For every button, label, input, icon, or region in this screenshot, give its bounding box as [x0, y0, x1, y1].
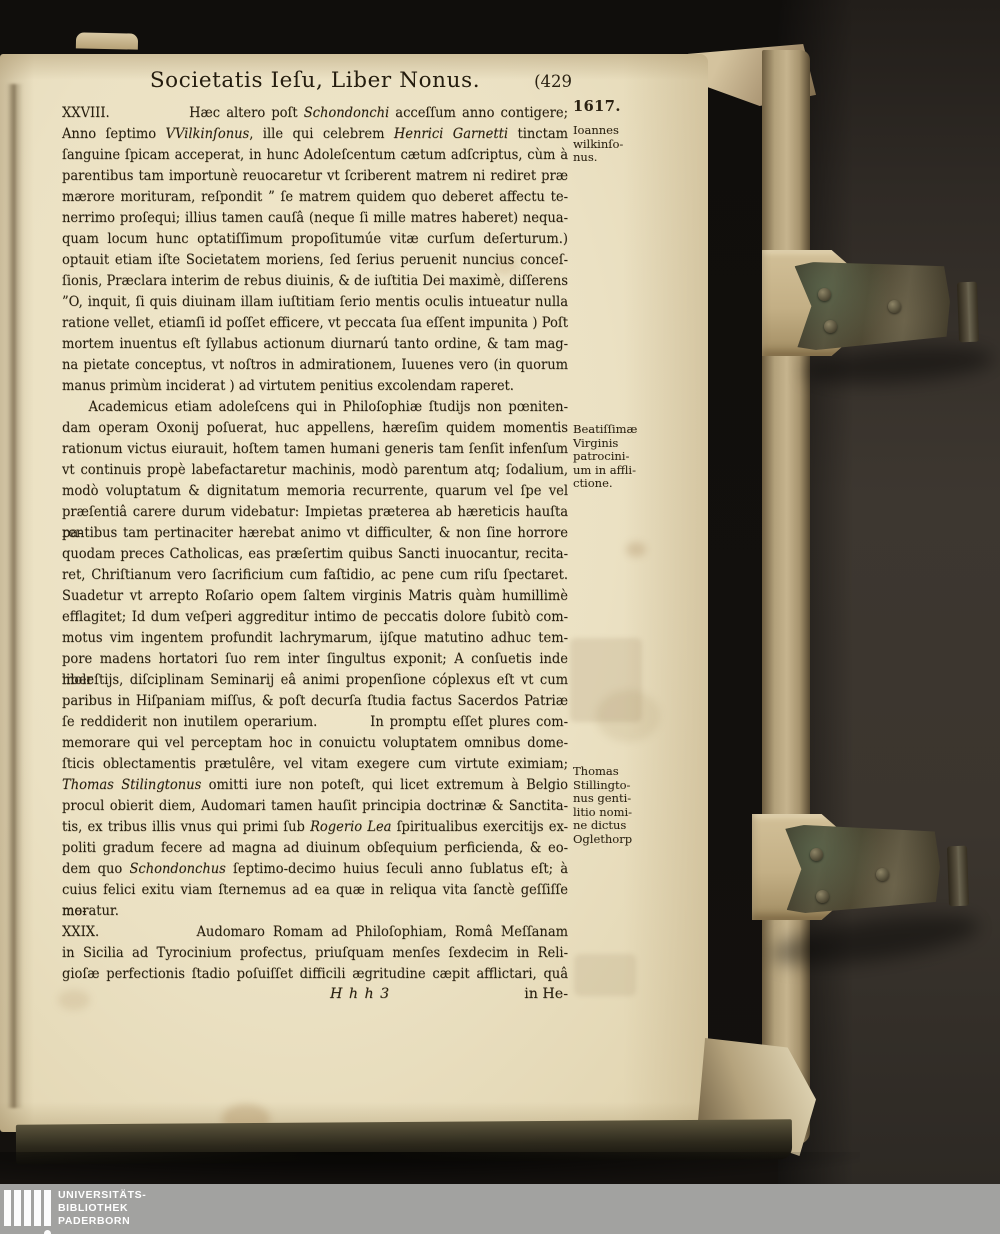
text-line: nerrimo proſequi; illius tamen cauſâ (ne… [62, 208, 568, 229]
clasp-metal-plate [785, 823, 941, 914]
book-headband [76, 32, 138, 49]
signature-row: H h h 3 in He- [62, 986, 568, 1007]
text-line: cuius felici exitu viam ſternemus ad ea … [62, 880, 568, 901]
foxing-spot [626, 542, 646, 557]
text-line: rationum victus eiurauit, hoſtem tamen h… [62, 439, 568, 460]
text-line: dam operam Oxonij poſuerat, huc appellen… [62, 418, 568, 439]
catchword: in He- [524, 986, 568, 1002]
margin-note-thomas-stillington: Thomas Stillingto- nus genti- litio nomi… [573, 765, 653, 847]
text-line: ratione vellet, etiamſi id poſſet effice… [62, 313, 568, 334]
text-line: moratur. [62, 901, 568, 922]
text-line: Thomas Stilingtonus omitti iure non pote… [62, 775, 568, 796]
clasp-catch [957, 282, 979, 343]
gutter-shadow [7, 84, 23, 1108]
clasp-metal-plate [795, 257, 952, 350]
text-line: ſe reddiderit non inutilem operarium. In… [62, 712, 568, 733]
text-line: quodam preces Catholicas, eas præſertim … [62, 544, 568, 565]
library-name: UNIVERSITÄTS- BIBLIOTHEK PADERBORN [58, 1189, 146, 1228]
text-line: XXIX. Audomaro Romam ad Philoſophiam, Ro… [62, 922, 568, 943]
photo-background [778, 0, 1000, 1184]
text-line: vt continuis propè labefactaretur machin… [62, 460, 568, 481]
text-line: ”O, inquit, ſi quis diuinam illam iuſtit… [62, 292, 568, 313]
clasp-bottom [750, 810, 986, 960]
text-line: tis, ex tribus illis vnus qui primi ſub … [62, 817, 568, 838]
text-line: ſticis oblectamentis prætulêre, vel vita… [62, 754, 568, 775]
main-text-block: XXVIII. Hæc altero poſt Schondonchi acce… [62, 103, 568, 985]
clasp-catch [947, 846, 969, 907]
text-line: dem quo Schondonchus ſeptimo-decimo huiu… [62, 859, 568, 880]
ink-bleed-through [570, 638, 642, 722]
margin-note-year: 1617. [573, 100, 653, 114]
signature-mark: H h h 3 [330, 986, 390, 1002]
rivet [816, 890, 829, 903]
library-footer-band: UNIVERSITÄTS- BIBLIOTHEK PADERBORN [0, 1184, 1000, 1234]
text-line: efflagitet; Id dum veſperi aggreditur in… [62, 607, 568, 628]
margin-note-virgin-patronage: Beatiſſimæ Virginis patrocini- um in aff… [573, 423, 653, 491]
cover-edge [762, 50, 810, 1144]
text-line: in Sicilia ad Tyrocinium profectus, priu… [62, 943, 568, 964]
text-line: mortem inuentus eſt ſyllabus actionum di… [62, 334, 568, 355]
text-line: Academicus etiam adoleſcens qui in Philo… [62, 397, 568, 418]
text-line: quam locum hunc optatiſſimum propoſitumú… [62, 229, 568, 250]
text-line: ſionis, Præclara interim de rebus diuini… [62, 271, 568, 292]
text-line: optauit etiam iſte Societatem moriens, ſ… [62, 250, 568, 271]
text-line: ſanguine ſpicam acceperat, in hunc Adole… [62, 145, 568, 166]
text-line: moleſtijs, diſciplinam Seminarij eâ anim… [62, 670, 568, 691]
ink-bleed-through [574, 954, 636, 996]
book-shadow [0, 1152, 860, 1186]
text-line: Anno ſeptimo VVilkinſonus, ille qui cele… [62, 124, 568, 145]
rivet [888, 300, 901, 313]
text-line: Suadetur vt arrepto Roſario opem ſaltem … [62, 586, 568, 607]
text-line: politi gradum fecere ad magna ad diuinum… [62, 838, 568, 859]
text-line: manus primùm inciderat ) ad virtutem pen… [62, 376, 568, 397]
text-line: gioſæ perfectionis ſtadio poſuiſſet diff… [62, 964, 568, 985]
text-line: pore madens hortatori ſuo rem inter ſing… [62, 649, 568, 670]
text-line: procul obierit diem, Audomari tamen hauſ… [62, 796, 568, 817]
margin-note-wilkinson: Ioannes wilkinſo- nus. [573, 124, 653, 165]
text-line: modò voluptatum & dignitatum memoria rec… [62, 481, 568, 502]
text-line: mærore morituram, reſpondit ” ſe matrem … [62, 187, 568, 208]
text-line: paribus in Hiſpaniam miſſus, & poſt decu… [62, 691, 568, 712]
rivet [824, 320, 837, 333]
text-line: na pietate conceptus, vt noſtros in admi… [62, 355, 568, 376]
rivet [810, 848, 823, 861]
text-line: parentibus tam importunè reuocaretur vt … [62, 166, 568, 187]
running-header: Societatis Ieſu, Liber Nonus. [62, 68, 568, 93]
rivet [818, 288, 831, 301]
text-line: rentibus tam pertinaciter hærebat animo … [62, 523, 568, 544]
text-line: memorare qui vel perceptam hoc in conuic… [62, 733, 568, 754]
text-line: ret, Chriſtianum vero ſacrificium cum fa… [62, 565, 568, 586]
text-line: præſentiâ carere durum videbatur: Impiet… [62, 502, 568, 523]
text-line: XXVIII. Hæc altero poſt Schondonchi acce… [62, 103, 568, 124]
clasp-top [760, 246, 996, 396]
text-line: motus vim ingentem profundit lachrymarum… [62, 628, 568, 649]
rivet [876, 868, 889, 881]
page-number: (429 [512, 72, 572, 91]
